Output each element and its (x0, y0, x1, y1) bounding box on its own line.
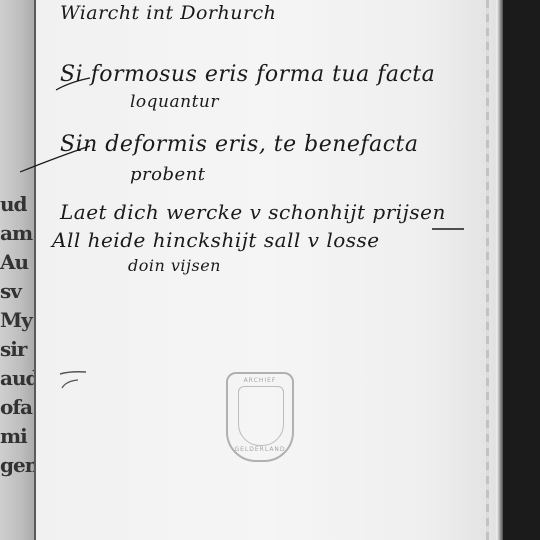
pen-flourish-icon (20, 60, 160, 180)
handwritten-line: Laet dich wercke v schonhijt prijsen (60, 200, 446, 224)
stamp-crest-icon (238, 386, 284, 446)
handwritten-line: Wiarcht int Dorhurch (60, 2, 276, 24)
adjacent-fragment: aud (0, 364, 36, 393)
adjacent-fragment: gen (0, 451, 36, 480)
stamp-top-text: ARCHIEF (228, 377, 292, 384)
adjacent-fragment: ud (0, 190, 36, 219)
adjacent-page-text: ud am Au sv My sir aud ofa mi gen (0, 190, 36, 480)
stamp-bottom-text: GELDERLAND (228, 446, 292, 453)
adjacent-fragment: Au (0, 248, 36, 277)
adjacent-fragment: My (0, 306, 36, 335)
adjacent-fragment: mi (0, 422, 36, 451)
manuscript-scan: ud am Au sv My sir aud ofa mi gen Wiarch… (0, 0, 540, 540)
adjacent-fragment: sv (0, 277, 36, 306)
page-margin-line (486, 0, 489, 540)
margin-mark-icon (56, 368, 90, 390)
scan-background-edge (503, 0, 540, 540)
adjacent-fragment: am (0, 219, 36, 248)
archive-stamp: ARCHIEF GELDERLAND (226, 372, 294, 462)
handwritten-line: All heide hinckshijt sall v losse (52, 228, 380, 252)
adjacent-fragment: ofa (0, 393, 36, 422)
handwritten-line: doin vijsen (128, 256, 221, 275)
adjacent-fragment: sir (0, 335, 36, 364)
underline-stroke-icon (430, 215, 470, 235)
